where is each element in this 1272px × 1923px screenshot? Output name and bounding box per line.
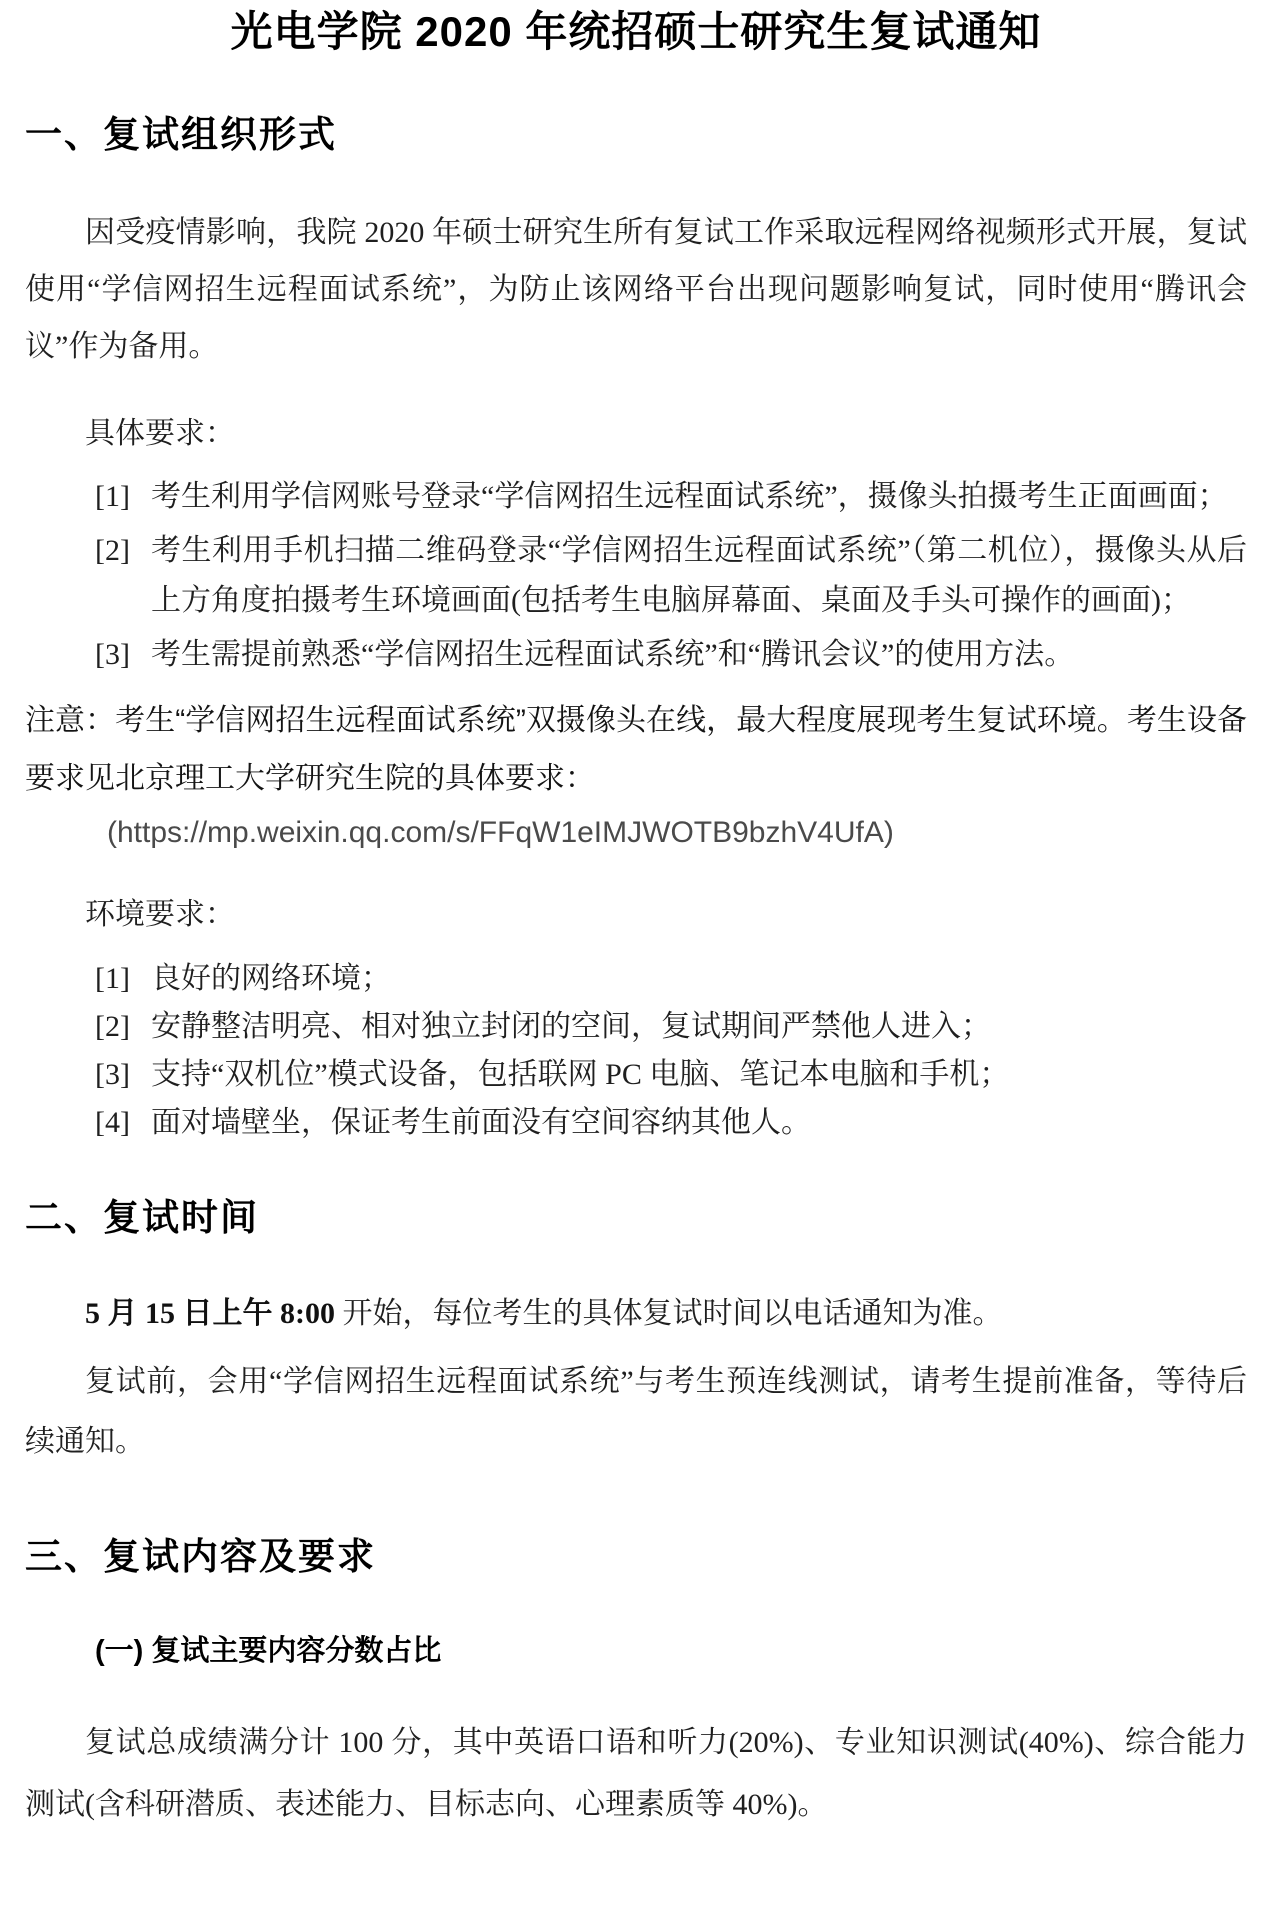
environment-requirement-item-4: [4] 面对墙壁坐，保证考生前面没有空间容纳其他人。 xyxy=(95,1099,1247,1147)
environment-requirement-item-3: [3] 支持“双机位”模式设备，包括联网 PC 电脑、笔记本电脑和手机； xyxy=(95,1051,1247,1099)
requirements-url: (https://mp.weixin.qq.com/s/FFqW1eIMJWOT… xyxy=(25,808,1247,858)
device-requirement-item-1: [1] 考生利用学信网账号登录“学信网招生远程面试系统”，摄像头拍摄考生正面画面… xyxy=(95,472,1247,522)
list-marker: [3] xyxy=(95,630,130,680)
device-requirement-item-2: [2] 考生利用手机扫描二维码登录“学信网招生远程面试系统”（第二机位），摄像头… xyxy=(95,526,1247,626)
reexam-time-paragraph: 5 月 15 日上午 8:00 开始，每位考生的具体复试时间以电话通知为准。 xyxy=(25,1285,1247,1342)
specific-requirements-label: 具体要求： xyxy=(25,405,1247,462)
list-marker: [2] xyxy=(95,526,130,576)
section-2-heading: 二、复试时间 xyxy=(25,1195,1247,1241)
section-3-heading: 三、复试内容及要求 xyxy=(25,1534,1247,1580)
list-marker: [1] xyxy=(95,955,130,1003)
document-title: 光电学院 2020 年统招硕士研究生复试通知 xyxy=(25,8,1247,56)
list-marker: [4] xyxy=(95,1099,130,1147)
device-requirements-list: [1] 考生利用学信网账号登录“学信网招生远程面试系统”，摄像头拍摄考生正面画面… xyxy=(95,472,1247,680)
section-1-heading: 一、复试组织形式 xyxy=(25,112,1247,158)
pretest-paragraph: 复试前，会用“学信网招生远程面试系统”与考生预连线测试，请考生提前准备，等待后续… xyxy=(25,1352,1247,1472)
list-marker: [2] xyxy=(95,1003,130,1051)
environment-requirements-list: [1] 良好的网络环境； [2] 安静整洁明亮、相对独立封闭的空间，复试期间严禁… xyxy=(95,955,1247,1147)
environment-requirement-item-2: [2] 安静整洁明亮、相对独立封闭的空间，复试期间严禁他人进入； xyxy=(95,1003,1247,1051)
device-requirement-item-3: [3] 考生需提前熟悉“学信网招生远程面试系统”和“腾讯会议”的使用方法。 xyxy=(95,630,1247,680)
reexam-time-rest: 开始，每位考生的具体复试时间以电话通知为准。 xyxy=(343,1297,1003,1330)
section-3-subheading-score-ratio: (一) 复试主要内容分数占比 xyxy=(25,1632,1247,1670)
notice-document-page: 光电学院 2020 年统招硕士研究生复试通知 一、复试组织形式 因受疫情影响，我… xyxy=(0,0,1272,1923)
list-item-text: 支持“双机位”模式设备，包括联网 PC 电脑、笔记本电脑和手机； xyxy=(151,1058,1009,1091)
list-item-text: 面对墙壁坐，保证考生前面没有空间容纳其他人。 xyxy=(151,1106,811,1139)
list-item-text: 考生利用手机扫描二维码登录“学信网招生远程面试系统”（第二机位），摄像头从后上方… xyxy=(151,534,1247,617)
environment-requirements-label: 环境要求： xyxy=(25,886,1247,943)
list-item-text: 安静整洁明亮、相对独立封闭的空间，复试期间严禁他人进入； xyxy=(151,1010,991,1043)
list-marker: [1] xyxy=(95,472,130,522)
list-item-text: 考生利用学信网账号登录“学信网招生远程面试系统”，摄像头拍摄考生正面画面； xyxy=(151,480,1228,513)
dual-camera-notice-paragraph: 注意：考生“学信网招生远程面试系统”双摄像头在线，最大程度展现考生复试环境。考生… xyxy=(25,692,1247,808)
environment-requirement-item-1: [1] 良好的网络环境； xyxy=(95,955,1247,1003)
list-item-text: 良好的网络环境； xyxy=(151,962,391,995)
score-breakdown-paragraph: 复试总成绩满分计 100 分，其中英语口语和听力(20%)、专业知识测试(40%… xyxy=(25,1712,1247,1836)
list-item-text: 考生需提前熟悉“学信网招生远程面试系统”和“腾讯会议”的使用方法。 xyxy=(151,638,1074,671)
reexam-date-time: 5 月 15 日上午 8:00 xyxy=(85,1297,343,1330)
section-1-intro-paragraph: 因受疫情影响，我院 2020 年硕士研究生所有复试工作采取远程网络视频形式开展，… xyxy=(25,204,1247,375)
list-marker: [3] xyxy=(95,1051,130,1099)
